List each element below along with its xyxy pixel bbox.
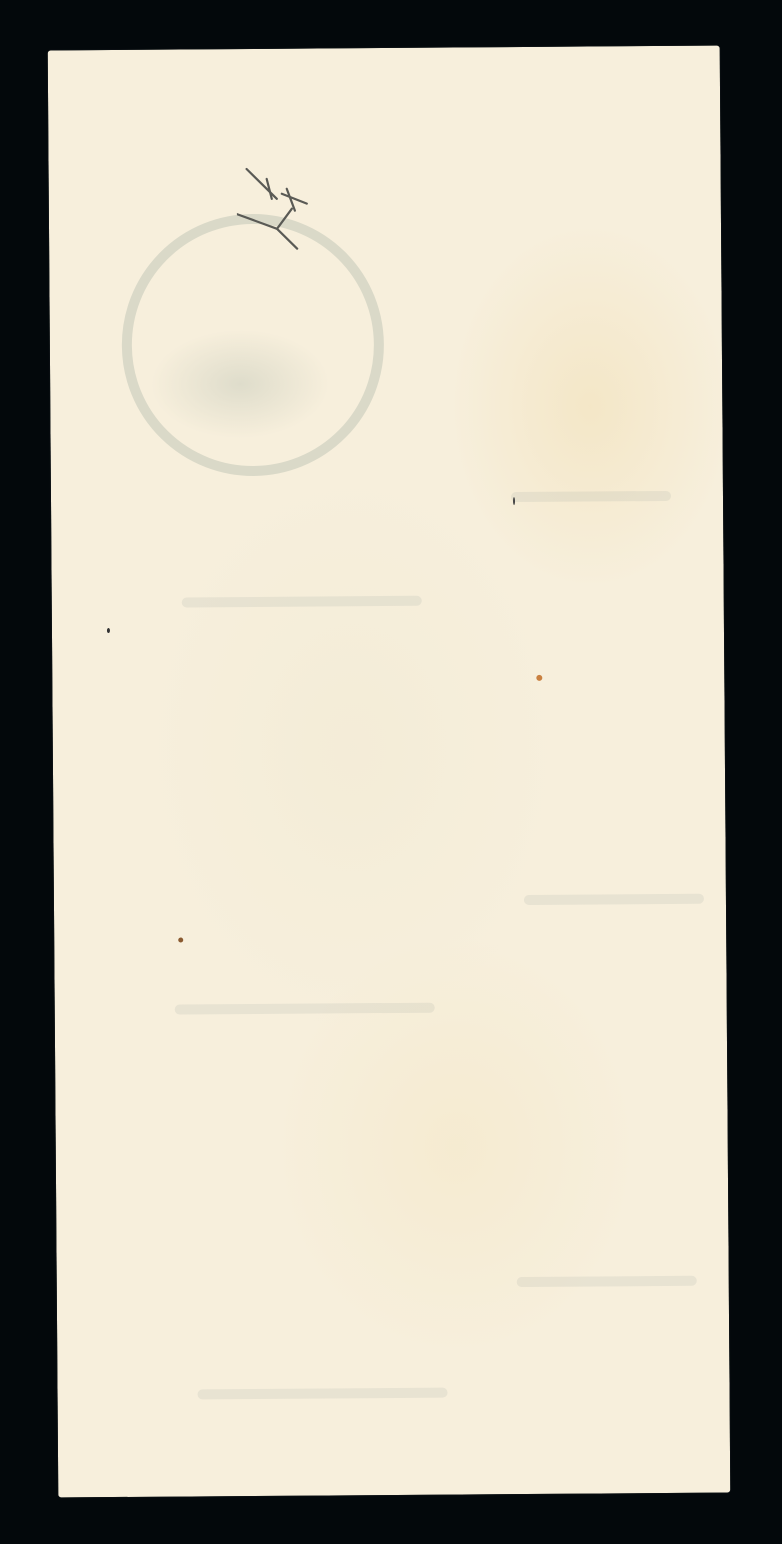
showthrough-text-line: [175, 1003, 435, 1015]
showthrough-text-line: [524, 894, 704, 905]
foxing-spot: [178, 938, 183, 943]
paper-sheet: [48, 46, 731, 1498]
foxing-spot: [536, 675, 542, 681]
foxing-spot: [107, 628, 110, 633]
showthrough-text-line: [511, 491, 671, 502]
showthrough-text-line: [198, 1388, 448, 1400]
showthrough-text-line: [182, 596, 422, 608]
showthrough-text-line: [517, 1276, 697, 1287]
foxing-spot: [513, 497, 515, 505]
pencil-mark-icon: [237, 158, 328, 259]
